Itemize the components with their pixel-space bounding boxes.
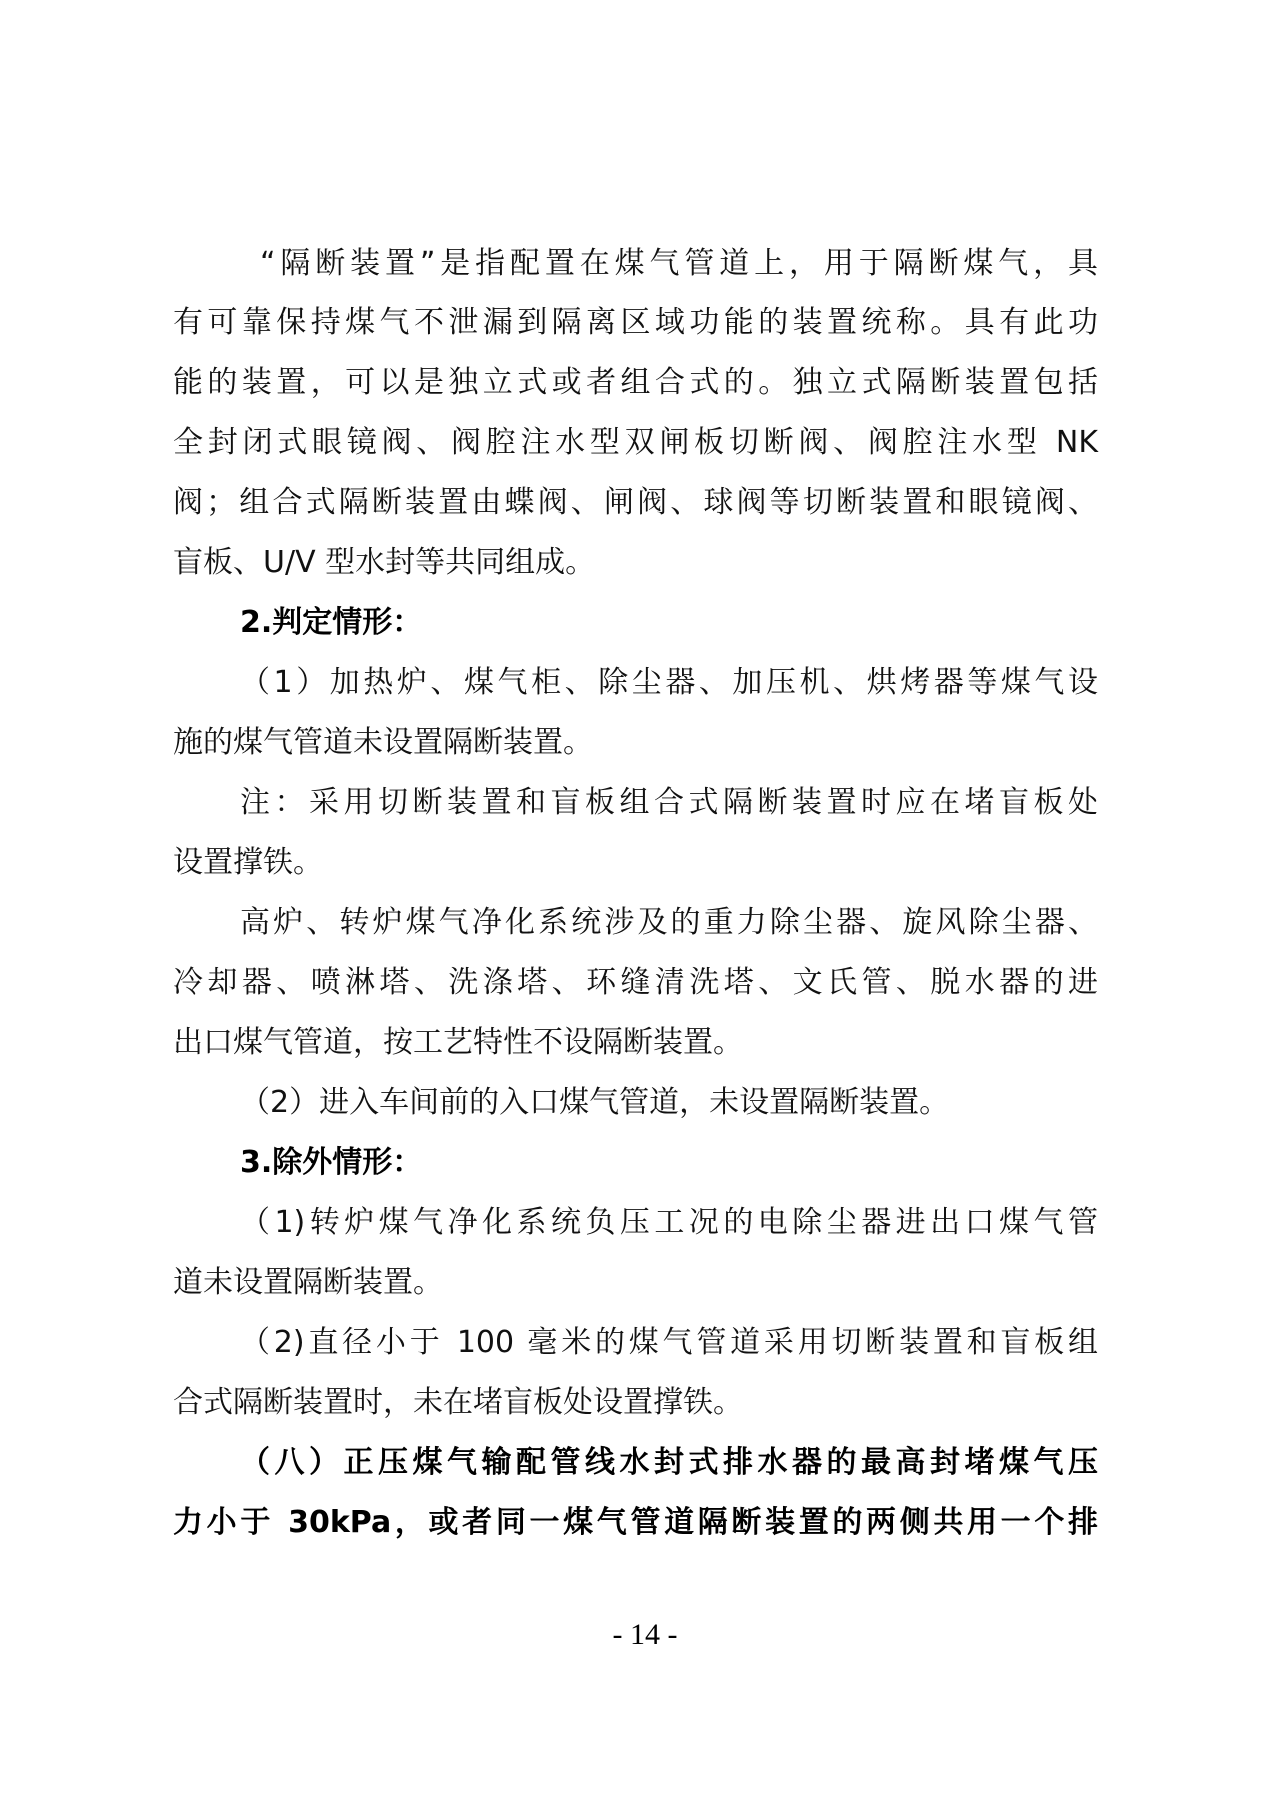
paragraph-line: 冷却器、喷淋塔、洗涤塔、环缝清洗塔、文氏管、脱水器的进 (173, 963, 1098, 1003)
note-line: 设置撑铁。 (173, 843, 1098, 883)
section-heading-eight: （八）正压煤气输配管线水封式排水器的最高封堵煤气压 (240, 1443, 1098, 1483)
paragraph-line: 合式隔断装置时，未在堵盲板处设置撑铁。 (173, 1383, 1098, 1423)
paragraph-line: （1)转炉煤气净化系统负压工况的电除尘器进出口煤气管 (240, 1203, 1098, 1243)
paragraph-line: 道未设置隔断装置。 (173, 1263, 1098, 1303)
section-heading-exclusions: 3.除外情形： (240, 1143, 1098, 1183)
paragraph-line: 盲板、U/V 型水封等共同组成。 (173, 543, 1098, 583)
paragraph-line: 阀；组合式隔断装置由蝶阀、闸阀、球阀等切断装置和眼镜阀、 (173, 483, 1098, 523)
paragraph-line: （2)直径小于 100 毫米的煤气管道采用切断装置和盲板组 (240, 1323, 1098, 1363)
note-line: 注：采用切断装置和盲板组合式隔断装置时应在堵盲板处 (240, 783, 1098, 823)
section-heading-eight-cont: 力小于 30kPa，或者同一煤气管道隔断装置的两侧共用一个排 (173, 1503, 1098, 1543)
paragraph-line: 出口煤气管道，按工艺特性不设隔断装置。 (173, 1023, 1098, 1063)
section-heading-judgment: 2.判定情形： (240, 603, 1098, 643)
paragraph-line: 有可靠保持煤气不泄漏到隔离区域功能的装置统称。具有此功 (173, 303, 1098, 343)
paragraph-line: 施的煤气管道未设置隔断装置。 (173, 723, 1098, 763)
paragraph-line: 全封闭式眼镜阀、阀腔注水型双闸板切断阀、阀腔注水型 NK (173, 423, 1098, 463)
page-number: - 14 - (560, 1617, 730, 1653)
paragraph-line: 能的装置，可以是独立式或者组合式的。独立式隔断装置包括 (173, 363, 1098, 403)
paragraph-line: （1）加热炉、煤气柜、除尘器、加压机、烘烤器等煤气设 (240, 663, 1098, 703)
paragraph-line: （2）进入车间前的入口煤气管道，未设置隔断装置。 (240, 1083, 1098, 1123)
paragraph-line: 高炉、转炉煤气净化系统涉及的重力除尘器、旋风除尘器、 (240, 903, 1098, 943)
paragraph-line: “隔断装置”是指配置在煤气管道上，用于隔断煤气，具 (260, 244, 1098, 284)
document-page: “隔断装置”是指配置在煤气管道上，用于隔断煤气，具 有可靠保持煤气不泄漏到隔离区… (0, 0, 1280, 1810)
